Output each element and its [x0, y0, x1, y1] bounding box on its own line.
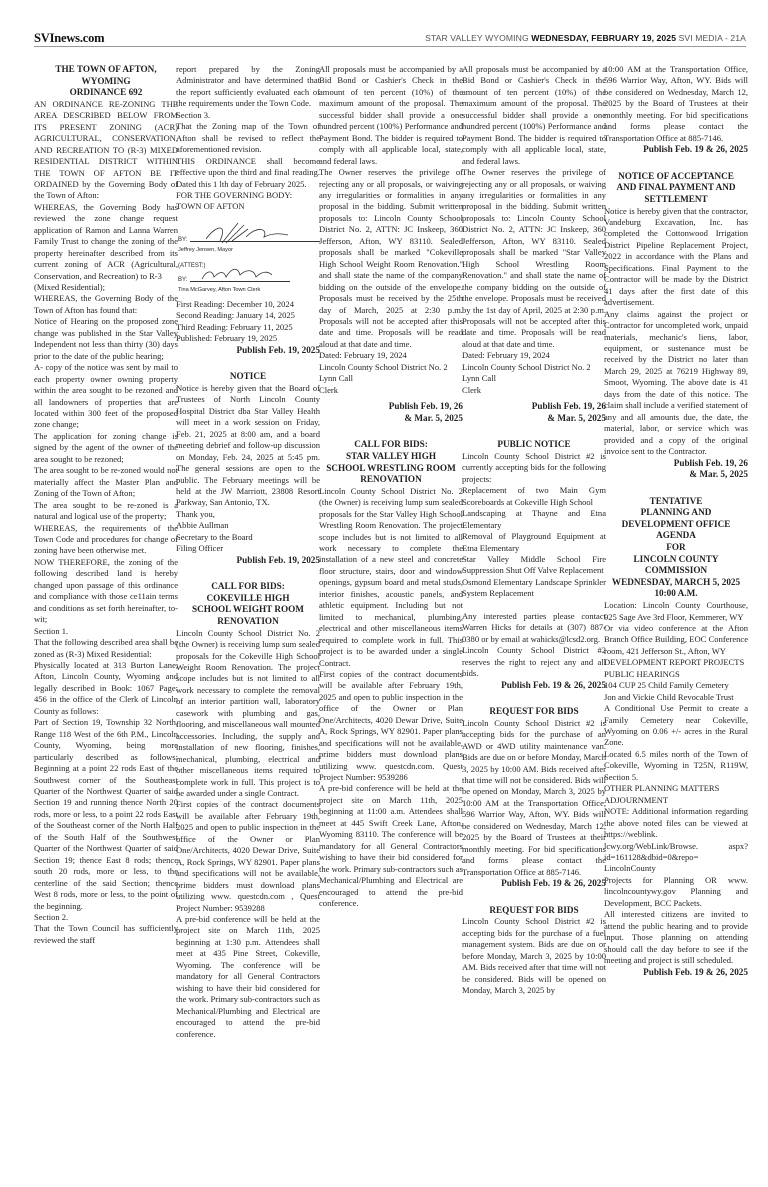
- page-header: SVInews.com STAR VALLEY WYOMING WEDNESDA…: [34, 0, 746, 47]
- agenda-line: DEVELOPMENT REPORT PROJECTS: [604, 657, 748, 668]
- project-item: Replacement of two Main Gym Scoreboards …: [462, 485, 606, 508]
- agenda-note-link[interactable]: NOTE: Additional information regarding t…: [604, 806, 748, 875]
- spacer: [462, 890, 606, 901]
- title-line: RENOVATION: [319, 474, 463, 486]
- ordinance-title: THE TOWN OF AFTON, WYOMING ORDINANCE 692: [34, 64, 178, 99]
- signature-line: [190, 281, 290, 282]
- mayor-caption: Jeffrey Jensen, Mayor: [178, 245, 233, 256]
- fuel-bids-body: Lincoln County School District #2 is acc…: [462, 916, 606, 996]
- title-line: SCHOOL WRESTLING ROOM: [319, 463, 463, 475]
- title-line: 10:00 A.M.: [604, 588, 748, 600]
- ordinance-para: Section 1.: [34, 626, 178, 637]
- title-line: RENOVATION: [176, 616, 320, 628]
- bids-para: All proposals must be accompanied by a B…: [462, 64, 606, 167]
- agenda-line: A Conditional Use Permit to create a Fam…: [604, 703, 748, 749]
- reading-date: Published: February 19, 2025: [176, 333, 320, 344]
- bids-closing: Lynn Call: [462, 373, 606, 384]
- title-line: CALL FOR BIDS:: [176, 581, 320, 593]
- fuel-bids-body: 10:00 AM at the Transportation Office, 5…: [604, 64, 748, 144]
- bids-closing: Clerk: [462, 385, 606, 396]
- spacer: [604, 481, 748, 492]
- agenda-line: PUBLIC HEARINGS: [604, 669, 748, 680]
- folio-location: STAR VALLEY WYOMING: [425, 33, 529, 43]
- folio-page: SVI MEDIA - 21A: [679, 33, 746, 43]
- ordinance-para: THIS ORDINANCE shall become effective up…: [176, 156, 320, 190]
- public-notice-intro: Lincoln County School District #2 is cur…: [462, 451, 606, 485]
- reading-date: Second Reading: January 14, 2025: [176, 310, 320, 321]
- ordinance-title-line: WYOMING: [34, 76, 178, 88]
- ordinance-para: The application for zoning change is sig…: [34, 431, 178, 465]
- spacer: [462, 424, 606, 435]
- agenda-line: OTHER PLANNING MATTERS: [604, 783, 748, 794]
- bids-para: All proposals must be accompanied by a B…: [319, 64, 463, 167]
- notice-closing: Secretary to the Board: [176, 532, 320, 543]
- publish-line: Publish Feb. 19, 2025: [176, 345, 320, 357]
- reading-date: Third Reading: February 11, 2025: [176, 322, 320, 333]
- spacer: [462, 691, 606, 702]
- publish-line: Publish Feb. 19, 26: [319, 401, 463, 413]
- wrestling-bids-title: CALL FOR BIDS: STAR VALLEY HIGH SCHOOL W…: [319, 439, 463, 485]
- ordinance-para: WHEREAS, the Governing Body has reviewed…: [34, 202, 178, 282]
- notice-body: Notice is hereby given that the Board of…: [176, 383, 320, 509]
- project-item: Landscaping at Thayne and Etna Elementar…: [462, 508, 606, 531]
- publish-line: & Mar. 5, 2025: [462, 413, 606, 425]
- spacer: [176, 566, 320, 577]
- agenda-line: Projects for Planning OR www. lincolncou…: [604, 875, 748, 909]
- column-5: 10:00 AM at the Transportation Office, 5…: [604, 64, 748, 978]
- title-line: COMMISSION: [604, 565, 748, 577]
- publish-line: Publish Feb. 19, 2025: [176, 555, 320, 567]
- bids-para: Lincoln County School District No. 2 (th…: [319, 486, 463, 669]
- acceptance-title: NOTICE OF ACCEPTANCE AND FINAL PAYMENT A…: [604, 171, 748, 206]
- notice-closing: Thank you,: [176, 509, 320, 520]
- publish-line: Publish Feb. 19 & 26, 2025: [604, 967, 748, 979]
- attest-label: (ATTEST:): [178, 261, 206, 272]
- bids-closing: Dated: February 19, 2024: [319, 350, 463, 361]
- publish-line: Publish Feb. 19, 26: [462, 401, 606, 413]
- ordinance-para: FOR THE GOVERNING BODY:: [176, 190, 320, 201]
- title-line: DEVELOPMENT OFFICE: [604, 519, 748, 531]
- agenda-line: All interested citizens are invited to a…: [604, 909, 748, 966]
- column-1: THE TOWN OF AFTON, WYOMING ORDINANCE 692…: [34, 64, 178, 946]
- notice-closing: Filing Officer: [176, 543, 320, 554]
- clerk-caption: Tina McGarvey, Afton Town Clerk: [178, 285, 260, 296]
- bids-closing: Dated: February 19, 2024: [462, 350, 606, 361]
- column-2: report prepared by the Zoning Administra…: [176, 64, 320, 1040]
- ordinance-para: A- copy of the notice was sent by mail t…: [34, 362, 178, 431]
- ordinance-para: That the Town Council has sufficiently r…: [34, 923, 178, 946]
- title-line: AND FINAL PAYMENT AND: [604, 182, 748, 194]
- column-3: All proposals must be accompanied by a B…: [319, 64, 463, 909]
- reading-date: First Reading: December 10, 2024: [176, 299, 320, 310]
- ordinance-para: Physically located at 313 Burton Lane, A…: [34, 660, 178, 717]
- bids-closing: Lincoln County School District No. 2: [319, 362, 463, 373]
- acceptance-para: Any claims against the project or Contra…: [604, 309, 748, 458]
- agenda-line: Or via video conference at the Afton Bra…: [604, 623, 748, 657]
- site-name[interactable]: SVInews.com: [34, 31, 104, 46]
- cokeville-bids-title: CALL FOR BIDS: COKEVILLE HIGH SCHOOL WEI…: [176, 581, 320, 627]
- ordinance-para: NOW THEREFORE, the zoning of the followi…: [34, 557, 178, 626]
- fuel-bids-title: REQUEST FOR BIDS: [462, 905, 606, 917]
- bids-para: A pre-bid conference will be held at the…: [176, 914, 320, 1040]
- title-line: WEDNESDAY, MARCH 5, 2025: [604, 577, 748, 589]
- signature-block: BY: Jeffrey Jensen, Mayor (ATTEST:) BY: …: [176, 219, 320, 295]
- bids-para: Lincoln County School District No. 2 (th…: [176, 628, 320, 800]
- publish-line: & Mar. 5, 2025: [319, 413, 463, 425]
- van-bids-body: Lincoln County School District #2 is acc…: [462, 718, 606, 878]
- title-line: SCHOOL WEIGHT ROOM: [176, 604, 320, 616]
- notice-closing: Abbie Aullman: [176, 520, 320, 531]
- agenda-line: ADJOURNMENT: [604, 795, 748, 806]
- publish-line: & Mar. 5, 2025: [604, 469, 748, 481]
- bids-para: The Owner reserves the privilege of reje…: [462, 167, 606, 350]
- project-item: Removal of Playground Equipment at Etna …: [462, 531, 606, 554]
- title-line: FOR: [604, 542, 748, 554]
- ordinance-para: Part of Section 19, Township 32 North, R…: [34, 717, 178, 912]
- spacer: [604, 156, 748, 167]
- project-item: Osmond Elementary Landscape Sprinkler Sy…: [462, 577, 606, 600]
- ordinance-para: Notice of Hearing on the proposed zone c…: [34, 316, 178, 362]
- agenda-line: 104 CUP 25 Child Family Cemetery: [604, 680, 748, 691]
- spacer: [462, 600, 606, 611]
- legal-notices-columns: THE TOWN OF AFTON, WYOMING ORDINANCE 692…: [34, 64, 746, 1174]
- title-line: STAR VALLEY HIGH: [319, 451, 463, 463]
- folio-date: WEDNESDAY, FEBRUARY 19, 2025: [531, 33, 676, 43]
- spacer: [176, 356, 320, 367]
- bids-para: The Owner reserves the privilege of reje…: [319, 167, 463, 350]
- bids-closing: Lynn Call: [319, 373, 463, 384]
- ordinance-para: Section 3.: [176, 110, 320, 121]
- agenda-line: Jon and Vickie Child Revocable Trust: [604, 692, 748, 703]
- signature-line: [190, 241, 320, 242]
- title-line: SETTLEMENT: [604, 194, 748, 206]
- bids-para: First copies of the contract documents w…: [319, 669, 463, 784]
- bids-para: A pre-bid conference will be held at the…: [319, 783, 463, 909]
- ordinance-para: report prepared by the Zoning Administra…: [176, 64, 320, 110]
- ordinance-para: WHEREAS, the requirements of the Town Co…: [34, 523, 178, 557]
- title-line: TENTATIVE: [604, 496, 748, 508]
- agenda-title: TENTATIVE PLANNING AND DEVELOPMENT OFFIC…: [604, 496, 748, 600]
- project-item: Star Valley Middle School Fire Suppressi…: [462, 554, 606, 577]
- column-4: All proposals must be accompanied by a B…: [462, 64, 606, 996]
- ordinance-para: TOWN OF AFTON: [176, 201, 320, 212]
- bids-closing: Clerk: [319, 385, 463, 396]
- public-notice-contact: Any interested parties please contact Wa…: [462, 611, 606, 645]
- publish-line: Publish Feb. 19, 26: [604, 458, 748, 470]
- ordinance-para: (Mixed Residential);: [34, 282, 178, 293]
- ordinance-para: AN ORDINANCE RE-ZONING THE AREA DESCRIBE…: [34, 99, 178, 202]
- agenda-line: Located 6.5 miles north of the Town of C…: [604, 749, 748, 783]
- ordinance-para: The area sought to be re-zoned is a natu…: [34, 500, 178, 523]
- acceptance-para: Notice is hereby given that the contract…: [604, 206, 748, 309]
- public-notice-reserve: Lincoln County School District #2 reserv…: [462, 645, 606, 679]
- title-line: AGENDA: [604, 530, 748, 542]
- publish-line: Publish Feb. 19 & 26, 2025: [462, 878, 606, 890]
- publish-line: Publish Feb. 19 & 26, 2025: [604, 144, 748, 156]
- spacer: [319, 424, 463, 435]
- title-line: COKEVILLE HIGH: [176, 593, 320, 605]
- ordinance-para: That the following described area shall …: [34, 637, 178, 660]
- notice-title: NOTICE: [176, 371, 320, 383]
- public-notice-title: PUBLIC NOTICE: [462, 439, 606, 451]
- ordinance-title-line: THE TOWN OF AFTON,: [34, 64, 178, 76]
- publish-line: Publish Feb. 19 & 26, 2025: [462, 680, 606, 692]
- agenda-line: Location: Lincoln County Courthouse, 925…: [604, 600, 748, 623]
- title-line: CALL FOR BIDS:: [319, 439, 463, 451]
- ordinance-para: The area sought to be re-zoned would not…: [34, 465, 178, 499]
- signature-scribbles-icon: [176, 219, 320, 295]
- ordinance-para: That the Zoning map of the Town of Afton…: [176, 121, 320, 155]
- van-bids-title: REQUEST FOR BIDS: [462, 706, 606, 718]
- bids-closing: Lincoln County School District No. 2: [462, 362, 606, 373]
- title-line: LINCOLN COUNTY: [604, 554, 748, 566]
- title-line: PLANNING AND: [604, 507, 748, 519]
- title-line: NOTICE OF ACCEPTANCE: [604, 171, 748, 183]
- page-folio: STAR VALLEY WYOMING WEDNESDAY, FEBRUARY …: [425, 33, 746, 43]
- ordinance-para: WHEREAS, the Governing Body of the Town …: [34, 293, 178, 316]
- ordinance-para: Section 2.: [34, 912, 178, 923]
- bids-para: First copies of the contract documents w…: [176, 799, 320, 914]
- ordinance-title-line: ORDINANCE 692: [34, 87, 178, 99]
